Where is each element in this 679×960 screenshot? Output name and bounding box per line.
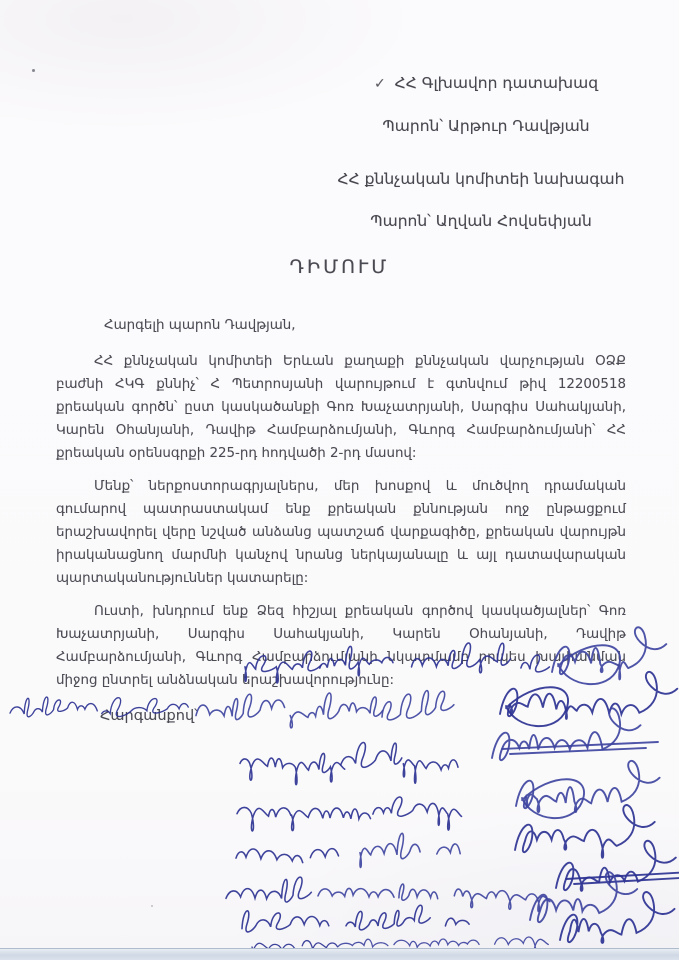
document-title: ԴԻՄՈՒՄ: [0, 256, 679, 278]
signature-scribble: [560, 892, 675, 943]
signature-scribble: [530, 872, 637, 922]
letter-body: Հարգելի պարոն Դավթյան, ՀՀ քննչական կոմիտ…: [56, 314, 626, 728]
checkmark-icon: ✓: [374, 63, 386, 105]
handwritten-name: [318, 888, 394, 897]
handwritten-name: [437, 844, 460, 854]
addressee-primary-name: Պարոն՝ Արթուր Դավթյան: [331, 105, 641, 147]
signature-scribble: [522, 779, 584, 818]
handwritten-name: [373, 797, 462, 830]
signature-scribble: [502, 742, 658, 749]
addressee-primary-title: ՀՀ Գլխավոր դատախազ: [395, 74, 598, 92]
handwritten-name: [226, 877, 311, 902]
signature-scribble: [510, 748, 646, 754]
signature-scribble: [515, 805, 655, 858]
signature-scribble: [516, 761, 660, 812]
handwritten-name: [237, 807, 291, 831]
scan-speck: [151, 905, 153, 907]
addressee-primary-block: ✓ՀՀ Գլխավոր դատախազ Պարոն՝ Արթուր Դավթյա…: [331, 62, 641, 147]
salutation: Հարգելի պարոն Դավթյան,: [56, 314, 626, 337]
signature-scribble: [556, 841, 676, 891]
addressee-secondary-block: ՀՀ քննչական կոմիտեի նախագահ Պարոն՝ Աղվան…: [321, 158, 641, 242]
handwritten-name: [338, 939, 388, 947]
addressee-secondary-title: ՀՀ քննչական կոմիտեի նախագահ: [321, 158, 641, 200]
addressee-primary-line1: ✓ՀՀ Գլխավոր դատախազ: [331, 62, 641, 105]
paragraph-3: Ուստի, խնդրում ենք Ձեզ հիշյալ քրեական գո…: [56, 600, 626, 692]
handwritten-name: [240, 753, 345, 784]
addressee-secondary-name: Պարոն՝ Աղվան Հովսեփյան: [321, 200, 641, 242]
scan-speck: [32, 69, 35, 72]
handwritten-name: [292, 808, 371, 831]
paragraph-2: Մենք՝ ներքոստորագրյալներս, մեր խոսքով և …: [56, 475, 626, 590]
handwritten-name: [454, 889, 549, 912]
handwritten-name: [236, 849, 303, 863]
signature-scribble: [574, 878, 679, 884]
paragraph-1: ՀՀ քննչական կոմիտեի Երևան քաղաքի քննչակա…: [56, 350, 626, 465]
closing-respectfully: Հարգանքով՝: [56, 705, 626, 728]
handwritten-name: [310, 849, 338, 858]
handwritten-name: [346, 905, 430, 930]
handwritten-name: [399, 884, 438, 900]
scanner-edge-band: [0, 948, 679, 960]
handwritten-name: [360, 833, 420, 867]
handwritten-name: [445, 918, 469, 926]
handwritten-name: [341, 742, 402, 767]
handwritten-name: [242, 911, 329, 932]
scanned-letter-page: ✓ՀՀ Գլխավոր դատախազ Պարոն՝ Արթուր Դավթյա…: [0, 0, 679, 960]
signature-scribble: [566, 872, 679, 879]
handwritten-name: [403, 760, 458, 783]
handwritten-name: [394, 939, 479, 947]
